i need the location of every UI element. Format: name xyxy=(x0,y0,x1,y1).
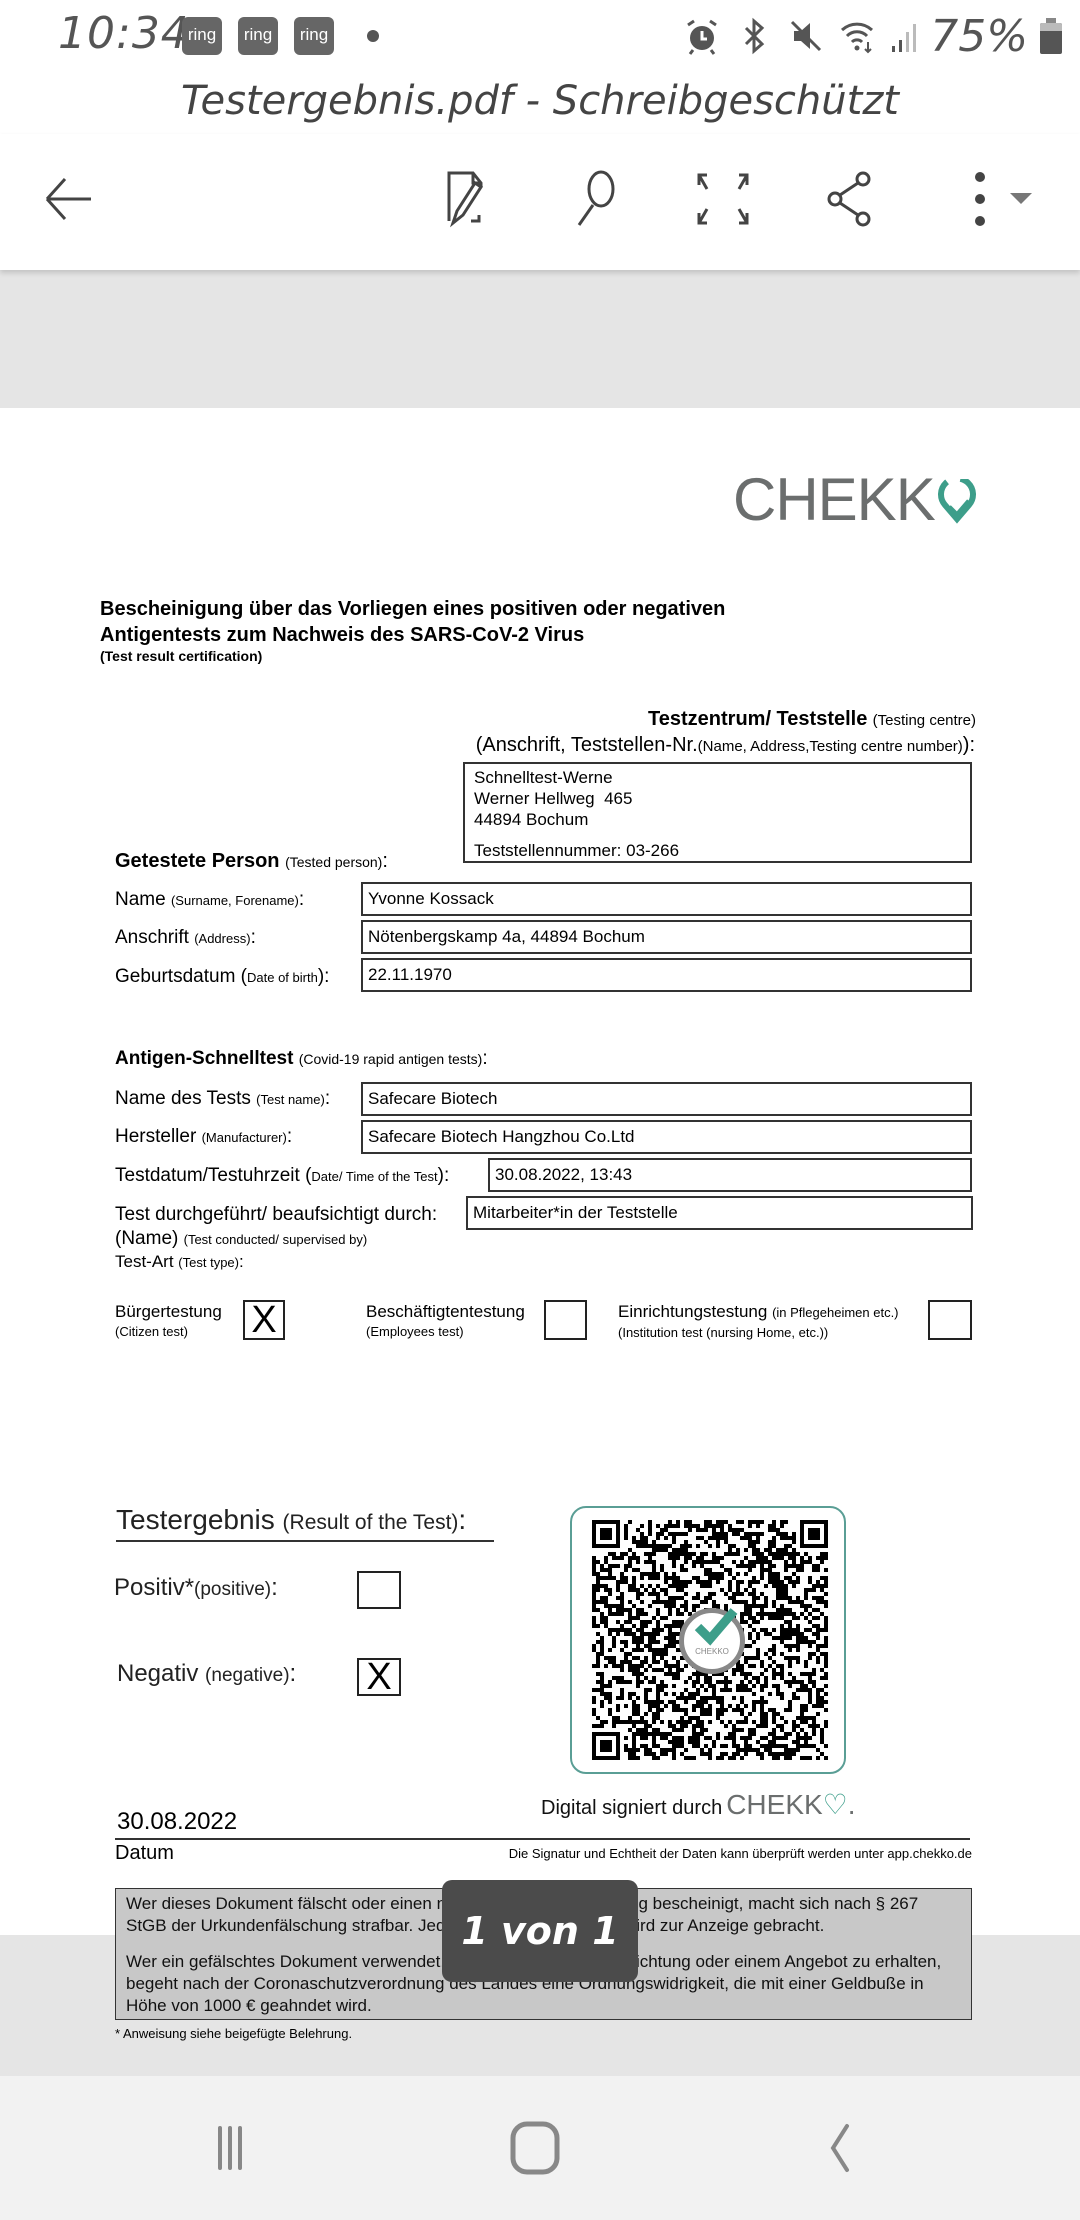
name-field: Yvonne Kossack xyxy=(361,882,972,916)
edit-document-icon xyxy=(435,167,499,231)
testing-centre-number: Teststellennummer: 03-266 xyxy=(474,840,961,861)
testing-centre-box: Schnelltest-Werne Werner Hellweg 465 448… xyxy=(463,762,972,863)
test-datetime-field: 30.08.2022, 13:43 xyxy=(488,1158,972,1192)
bluetooth-icon xyxy=(734,16,774,56)
ring-notification-icon: ring xyxy=(294,17,334,55)
signature-qr-code: CHEKKO xyxy=(570,1506,846,1774)
signature-date: 30.08.2022 xyxy=(117,1808,237,1836)
share-button[interactable] xyxy=(816,164,886,234)
status-bar: 10:34 ring ring ring 75% xyxy=(0,0,1080,72)
more-options-button[interactable] xyxy=(950,164,1050,234)
home-button[interactable] xyxy=(495,2118,575,2178)
tested-person-heading: Getestete Person (Tested person): xyxy=(115,850,388,873)
status-time: 10:34 xyxy=(58,8,190,59)
test-datetime-label: Testdatum/Testuhrzeit (Date/ Time of the… xyxy=(115,1165,449,1187)
testing-centre-heading: Testzentrum/ Teststelle (Testing centre) xyxy=(648,708,976,731)
more-notifications-dot-icon xyxy=(367,30,379,42)
antigen-test-heading: Antigen-Schnelltest (Covid-19 rapid anti… xyxy=(115,1048,488,1070)
recents-button[interactable] xyxy=(192,2118,272,2178)
name-label: Name (Surname, Forename): xyxy=(115,889,304,911)
pdf-viewer[interactable]: CHEKK Bescheinigung über das Vorliegen e… xyxy=(0,270,1080,2076)
recents-icon xyxy=(207,2123,257,2173)
negative-checkbox: X xyxy=(357,1658,401,1696)
battery-percentage: 75% xyxy=(930,11,1028,62)
employees-test-label: Beschäftigtentestung(Employees test) xyxy=(366,1302,525,1342)
address-field: Nötenbergskamp 4a, 44894 Bochum xyxy=(361,920,972,954)
address-label: Anschrift (Address): xyxy=(115,927,256,949)
negative-label: Negativ (negative): xyxy=(117,1660,296,1688)
chekko-logo: CHEKK xyxy=(733,470,977,530)
positive-checkbox xyxy=(357,1571,401,1609)
system-navigation-bar xyxy=(0,2076,1080,2220)
logo-text: CHEKK xyxy=(733,470,935,530)
test-name-field: Safecare Biotech xyxy=(361,1082,972,1116)
document-title: Testergebnis.pdf - Schreibgeschützt xyxy=(0,72,1080,134)
search-button[interactable] xyxy=(560,164,630,234)
fullscreen-icon xyxy=(691,167,755,231)
page-indicator: 1 von 1 xyxy=(442,1880,638,1982)
test-name-label: Name des Tests (Test name): xyxy=(115,1088,330,1110)
nav-back-icon xyxy=(815,2123,865,2173)
toolbar xyxy=(0,134,1080,270)
chekko-badge: CHEKKO xyxy=(679,1608,745,1674)
birthdate-label: Geburtsdatum (Date of birth): xyxy=(115,966,329,988)
search-icon xyxy=(563,167,627,231)
certificate-title: Bescheinigung über das Vorliegen eines p… xyxy=(100,596,725,648)
certificate-subtitle: (Test result certification) xyxy=(100,648,262,664)
verification-note: Die Signatur und Echtheit der Daten kann… xyxy=(509,1846,972,1861)
conducted-by-field: Mitarbeiter*in der Teststelle xyxy=(466,1196,973,1230)
birthdate-field: 22.11.1970 xyxy=(361,958,972,992)
nav-back-button[interactable] xyxy=(800,2118,880,2178)
signal-icon xyxy=(890,16,918,56)
footnote: * Anweisung siehe beigefügte Belehrung. xyxy=(115,2026,352,2041)
date-label: Datum xyxy=(115,1842,174,1865)
wifi-icon xyxy=(838,16,878,56)
test-type-label: Test-Art (Test type): xyxy=(115,1252,244,1272)
citizen-test-checkbox: X xyxy=(243,1300,285,1340)
chekko-wordmark: CHEKK♡. xyxy=(726,1788,855,1821)
institution-test-checkbox xyxy=(928,1300,972,1340)
back-button[interactable] xyxy=(34,164,104,234)
testing-centre-subheading: (Anschrift, Teststellen-Nr.(Name, Addres… xyxy=(476,734,975,757)
manufacturer-field: Safecare Biotech Hangzhou Co.Ltd xyxy=(361,1120,972,1154)
institution-test-label: Einrichtungstestung (in Pflegeheimen etc… xyxy=(618,1302,899,1343)
edit-button[interactable] xyxy=(432,164,502,234)
mute-icon xyxy=(786,16,826,56)
share-icon xyxy=(819,167,883,231)
signature-line xyxy=(115,1838,970,1840)
result-heading: Testergebnis (Result of the Test): xyxy=(116,1504,494,1542)
positive-label: Positiv*(positive): xyxy=(114,1574,278,1602)
more-vertical-icon xyxy=(950,167,1050,231)
ring-notification-icon: ring xyxy=(182,17,222,55)
home-icon xyxy=(510,2121,560,2175)
conducted-by-label: Test durchgeführt/ beaufsichtigt durch: xyxy=(115,1204,437,1226)
alarm-icon xyxy=(682,16,722,56)
fullscreen-button[interactable] xyxy=(688,164,758,234)
employees-test-checkbox xyxy=(544,1300,587,1340)
back-arrow-icon xyxy=(37,167,101,231)
location-check-icon xyxy=(937,479,977,525)
digitally-signed-by: Digital signiert durch CHEKK♡. xyxy=(541,1788,856,1821)
pdf-page: CHEKK Bescheinigung über das Vorliegen e… xyxy=(0,408,1080,1935)
citizen-test-label: Bürgertestung(Citizen test) xyxy=(115,1302,222,1342)
battery-icon xyxy=(1040,18,1062,54)
ring-notification-icon: ring xyxy=(238,17,278,55)
conducted-by-sublabel: (Name) (Test conducted/ supervised by) xyxy=(115,1228,367,1250)
checkmark-icon xyxy=(690,1605,740,1649)
manufacturer-label: Hersteller (Manufacturer): xyxy=(115,1126,292,1148)
